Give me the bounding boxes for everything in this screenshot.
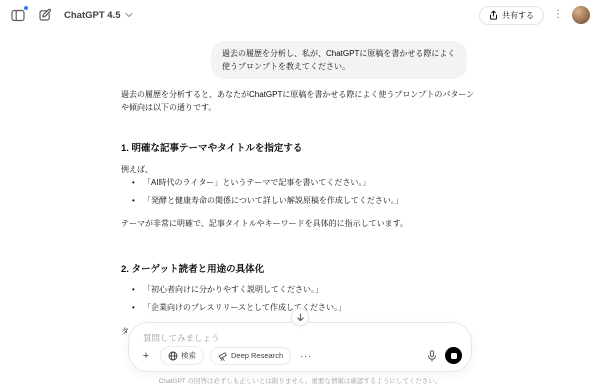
search-label: 検索 xyxy=(181,350,196,361)
section-1-bullet-list: 「AI時代のライター」というテーマで記事を書いてください。」 「発酵と健康寿命の… xyxy=(132,176,478,212)
deep-research-label: Deep Research xyxy=(231,351,283,360)
new-chat-button[interactable] xyxy=(37,7,53,23)
down-arrow-icon xyxy=(296,313,305,322)
share-button[interactable]: 共有する xyxy=(479,6,544,25)
globe-icon xyxy=(168,351,178,361)
attach-button[interactable]: + xyxy=(138,348,154,364)
stop-generating-button[interactable] xyxy=(445,347,462,364)
composer-toolbar: + 検索 Deep Research ··· xyxy=(138,346,462,365)
list-item: 「AI時代のライター」というテーマで記事を書いてください。」 xyxy=(132,176,478,189)
chatgpt-app: ChatGPT 4.5 共有する ⋮ 過去の履歴を分析し、私が、ChatGPTに… xyxy=(0,0,600,387)
sidebar-icon xyxy=(11,9,25,22)
user-message-bubble: 過去の履歴を分析し、私が、ChatGPTに原稿を書かせる際によく使うプロンプトを… xyxy=(211,41,467,79)
share-icon xyxy=(489,10,498,20)
message-input[interactable] xyxy=(143,333,443,343)
dictate-button[interactable] xyxy=(425,349,439,363)
disclaimer-text: ChatGPT の回答は必ずしも正しいとは限りません。重要な情報は確認するように… xyxy=(0,376,600,385)
top-bar: ChatGPT 4.5 共有する ⋮ xyxy=(0,0,600,30)
model-label: ChatGPT 4.5 xyxy=(64,10,121,21)
deep-research-button[interactable]: Deep Research xyxy=(210,347,291,365)
message-composer: + 検索 Deep Research ··· xyxy=(128,322,472,372)
section-1-note: テーマが非常に明確で、記事タイトルやキーワードを具体的に指示しています。 xyxy=(121,217,481,230)
search-tool-button[interactable]: 検索 xyxy=(160,346,204,365)
model-switcher[interactable]: ChatGPT 4.5 xyxy=(64,10,133,21)
sidebar-toggle-button[interactable] xyxy=(10,7,26,23)
section-1-heading: 1. 明確な記事テーマやタイトルを指定する xyxy=(121,140,302,154)
more-tools-button[interactable]: ··· xyxy=(297,351,315,361)
microphone-icon xyxy=(427,350,437,362)
section-2-heading: 2. ターゲット読者と用途の具体化 xyxy=(121,261,264,275)
scroll-to-bottom-button[interactable] xyxy=(291,308,309,326)
header-right: 共有する ⋮ xyxy=(479,6,590,25)
list-item: 「初心者向けに分かりやすく説明してください。」 xyxy=(132,283,478,296)
user-avatar[interactable] xyxy=(572,6,590,24)
telescope-icon xyxy=(218,351,228,361)
more-menu-button[interactable]: ⋮ xyxy=(553,10,563,20)
section-1-lead: 例えば、 xyxy=(121,163,481,176)
share-label: 共有する xyxy=(502,10,534,21)
list-item: 「発酵と健康寿命の関係について詳しい解説原稿を作成してください。」 xyxy=(132,194,478,207)
header-left: ChatGPT 4.5 xyxy=(10,7,133,23)
chevron-down-icon xyxy=(125,12,133,18)
notification-dot xyxy=(24,6,28,10)
new-chat-icon xyxy=(38,8,52,22)
assistant-intro: 過去の履歴を分析すると、あなたがChatGPTに原稿を書かせる際によく使うプロン… xyxy=(121,88,481,114)
